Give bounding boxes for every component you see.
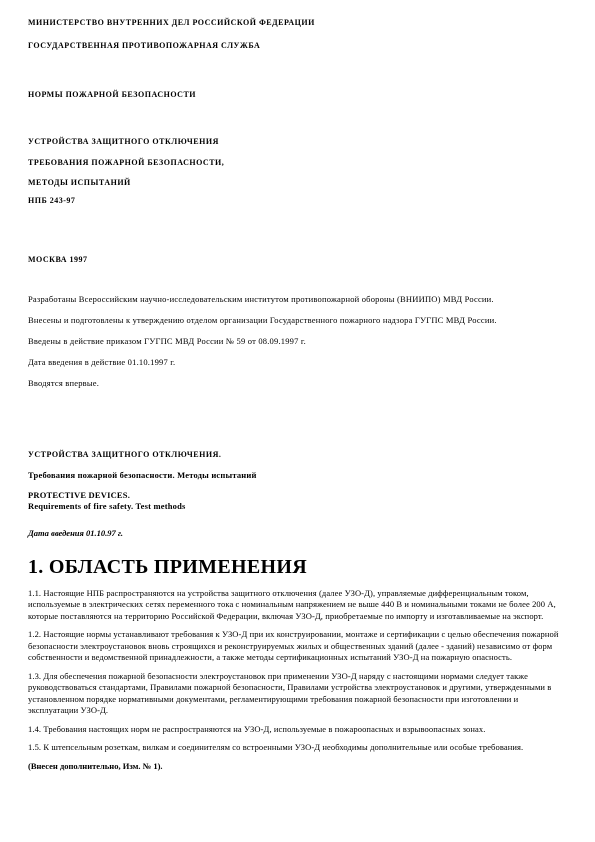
developed-note: Разработаны Всероссийским научно-исследо… (28, 294, 568, 304)
submitted-note: Внесены и подготовлены к утверждению отд… (28, 315, 568, 325)
fire-service-line: ГОСУДАРСТВЕННАЯ ПРОТИВОПОЖАРНАЯ СЛУЖБА (28, 41, 568, 51)
norms-label: НОРМЫ ПОЖАРНОЙ БЕЗОПАСНОСТИ (28, 90, 568, 100)
doc-title-ru: УСТРОЙСТВА ЗАЩИТНОГО ОТКЛЮЧЕНИЯ. (28, 450, 568, 460)
paragraph-1-4: 1.4. Требования настоящих норм не распро… (28, 724, 568, 736)
doc-number: НПБ 243-97 (28, 196, 568, 206)
doc-title-line-2: ТРЕБОВАНИЯ ПОЖАРНОЙ БЕЗОПАСНОСТИ, (28, 158, 568, 168)
section-1-heading: 1. ОБЛАСТЬ ПРИМЕНЕНИЯ (28, 556, 568, 578)
doc-title-line-3: МЕТОДЫ ИСПЫТАНИЙ (28, 178, 568, 188)
enacted-note: Введены в действие приказом ГУГПС МВД Ро… (28, 336, 568, 346)
paragraph-1-3: 1.3. Для обеспечения пожарной безопаснос… (28, 671, 568, 717)
effective-date-italic: Дата введения 01.10.97 г. (28, 528, 568, 538)
first-issue-note: Вводятся впервые. (28, 378, 568, 388)
amendment-note: (Внесен дополнительно, Изм. № 1). (28, 761, 568, 773)
doc-subtitle-en: Requirements of fire safety. Test method… (28, 501, 568, 511)
doc-subtitle-ru: Требования пожарной безопасности. Методы… (28, 470, 568, 480)
paragraph-1-2: 1.2. Настоящие нормы устанавливают требо… (28, 629, 568, 664)
doc-title-line-1: УСТРОЙСТВА ЗАЩИТНОГО ОТКЛЮЧЕНИЯ (28, 137, 568, 147)
effective-date-line: Дата введения в действие 01.10.1997 г. (28, 357, 568, 367)
paragraph-1-5: 1.5. К штепсельным розеткам, вилкам и со… (28, 742, 568, 754)
paragraph-1-1: 1.1. Настоящие НПБ распространяются на у… (28, 588, 568, 623)
ministry-line: МИНИСТЕРСТВО ВНУТРЕННИХ ДЕЛ РОССИЙСКОЙ Ф… (28, 18, 568, 28)
doc-title-en: PROTECTIVE DEVICES. (28, 490, 568, 500)
document-page: МИНИСТЕРСТВО ВНУТРЕННИХ ДЕЛ РОССИЙСКОЙ Ф… (0, 0, 595, 842)
city-year-line: МОСКВА 1997 (28, 255, 568, 265)
